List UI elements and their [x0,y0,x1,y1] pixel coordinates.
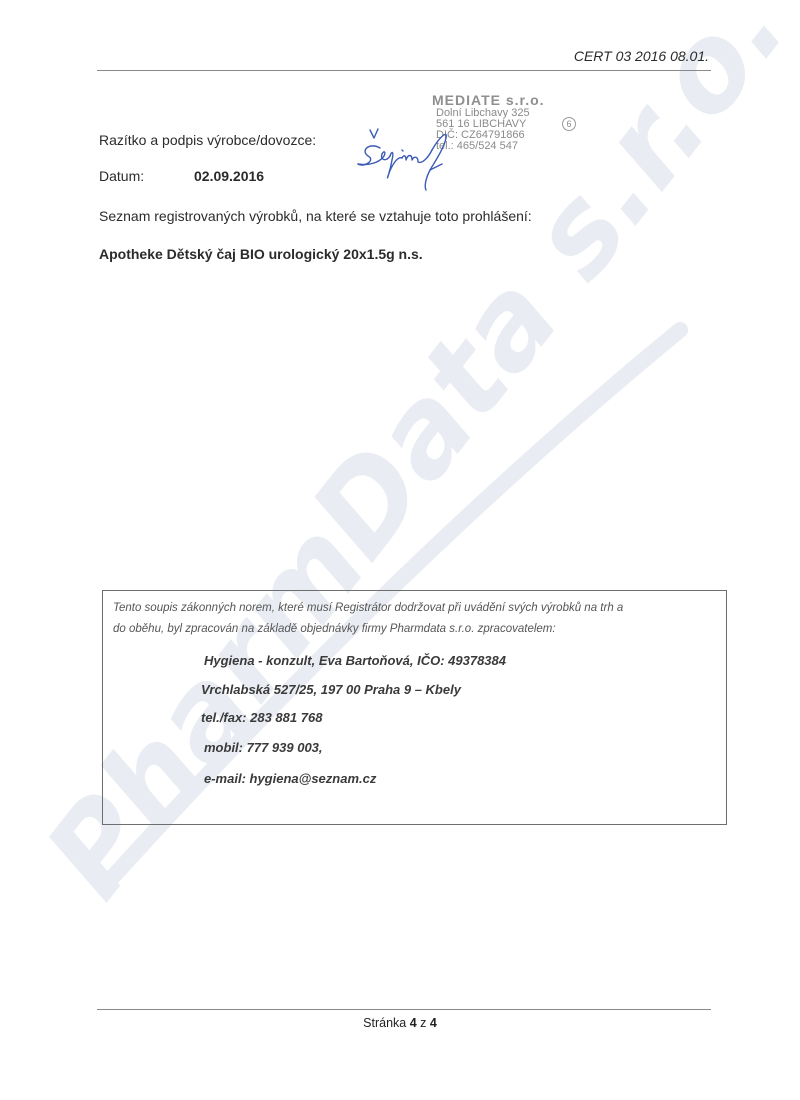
info-intro: Tento soupis zákonných norem, které musí… [113,598,623,640]
document-reference: CERT 03 2016 08.01. [574,48,709,64]
stamp-signature-label: Razítko a podpis výrobce/dovozce: [99,132,316,148]
footer-divider [97,1009,711,1010]
contact-mobile: mobil: 777 939 003, [204,740,323,755]
contact-address: Vrchlabská 527/25, 197 00 Praha 9 – Kbel… [201,682,461,697]
page-total: 4 [430,1016,437,1030]
stamp-company: MEDIATE s.r.o. [432,93,545,108]
contact-telfax: tel./fax: 283 881 768 [201,710,322,725]
product-item: Apotheke Dětský čaj BIO urologický 20x1.… [99,246,423,262]
info-intro-line: Tento soupis zákonných norem, které musí… [113,598,623,619]
signature-icon [350,120,460,200]
info-intro-line: do oběhu, byl zpracován na základě objed… [113,619,623,640]
contact-company: Hygiena - konzult, Eva Bartoňová, IČO: 4… [204,653,506,668]
product-list-heading: Seznam registrovaných výrobků, na které … [99,208,532,224]
header-divider [97,70,711,71]
page-prefix: Stránka [363,1016,410,1030]
processor-info-box: Tento soupis zákonných norem, které musí… [102,590,727,825]
page-separator: z [417,1016,430,1030]
date-label: Datum: [99,168,144,184]
page-current: 4 [410,1016,417,1030]
stamp-number-mark: 6 [562,117,576,131]
contact-email: e-mail: hygiena@seznam.cz [204,771,376,786]
page-number: Stránka 4 z 4 [0,1016,800,1030]
date-value: 02.09.2016 [194,168,264,184]
